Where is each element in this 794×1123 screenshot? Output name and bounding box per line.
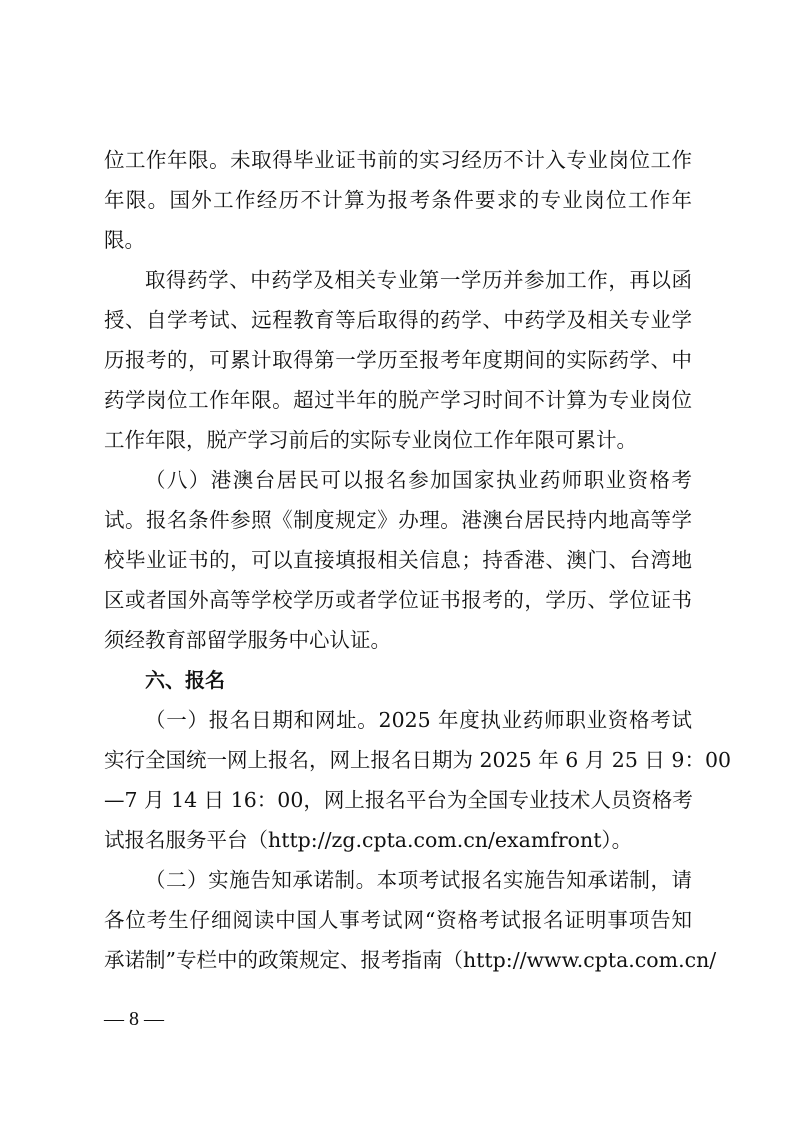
paragraph-work-years-continuation: 位工作年限。未取得毕业证书前的实习经历不计入专业岗位工作 年限。国外工作经历不计… — [104, 140, 692, 260]
text-line: 实行全国统一网上报名，网上报名日期为 2025 年 6 月 25 日 9：00 — [104, 740, 692, 780]
text-line: 各位考生仔细阅读中国人事考试网“资格考试报名证明事项告知 — [104, 900, 692, 940]
document-page: 位工作年限。未取得毕业证书前的实习经历不计入专业岗位工作 年限。国外工作经历不计… — [0, 0, 794, 1123]
text-line: 年限。国外工作经历不计算为报考条件要求的专业岗位工作年 — [104, 180, 692, 220]
text-line: 限。 — [104, 220, 692, 260]
text-line: 校毕业证书的，可以直接填报相关信息；持香港、澳门、台湾地 — [104, 540, 692, 580]
document-body: 位工作年限。未取得毕业证书前的实习经历不计入专业岗位工作 年限。国外工作经历不计… — [104, 140, 692, 980]
text-line: 取得药学、中药学及相关专业第一学历并参加工作，再以函 — [104, 260, 692, 300]
text-line: 药学岗位工作年限。超过半年的脱产学习时间不计算为专业岗位 — [104, 380, 692, 420]
page-number: — 8 — — [104, 1008, 164, 1031]
paragraph-registration-date-url: （一）报名日期和网址。2025 年度执业药师职业资格考试 实行全国统一网上报名，… — [104, 700, 692, 860]
section-heading: 六、报名 — [104, 660, 692, 700]
text-line: 授、自学考试、远程教育等后取得的药学、中药学及相关专业学 — [104, 300, 692, 340]
text-line: 承诺制”专栏中的政策规定、报考指南（http://www.cpta.com.cn… — [104, 940, 692, 980]
paragraph-cumulative-work-years: 取得药学、中药学及相关专业第一学历并参加工作，再以函 授、自学考试、远程教育等后… — [104, 260, 692, 460]
text-line: 试报名服务平台（http://zg.cpta.com.cn/examfront）… — [104, 820, 692, 860]
text-line: 须经教育部留学服务中心认证。 — [104, 620, 692, 660]
text-line: —7 月 14 日 16：00，网上报名平台为全国专业技术人员资格考 — [104, 780, 692, 820]
text-line: （八）港澳台居民可以报名参加国家执业药师职业资格考 — [104, 460, 692, 500]
text-line: （一）报名日期和网址。2025 年度执业药师职业资格考试 — [104, 700, 692, 740]
text-line: 区或者国外高等学校学历或者学位证书报考的，学历、学位证书 — [104, 580, 692, 620]
text-line: 历报考的，可累计取得第一学历至报考年度期间的实际药学、中 — [104, 340, 692, 380]
text-line: （二）实施告知承诺制。本项考试报名实施告知承诺制，请 — [104, 860, 692, 900]
text-line: 位工作年限。未取得毕业证书前的实习经历不计入专业岗位工作 — [104, 140, 692, 180]
text-line: 试。报名条件参照《制度规定》办理。港澳台居民持内地高等学 — [104, 500, 692, 540]
paragraph-notification-commitment: （二）实施告知承诺制。本项考试报名实施告知承诺制，请 各位考生仔细阅读中国人事考… — [104, 860, 692, 980]
text-line: 工作年限，脱产学习前后的实际专业岗位工作年限可累计。 — [104, 420, 692, 460]
paragraph-item-8: （八）港澳台居民可以报名参加国家执业药师职业资格考 试。报名条件参照《制度规定》… — [104, 460, 692, 660]
